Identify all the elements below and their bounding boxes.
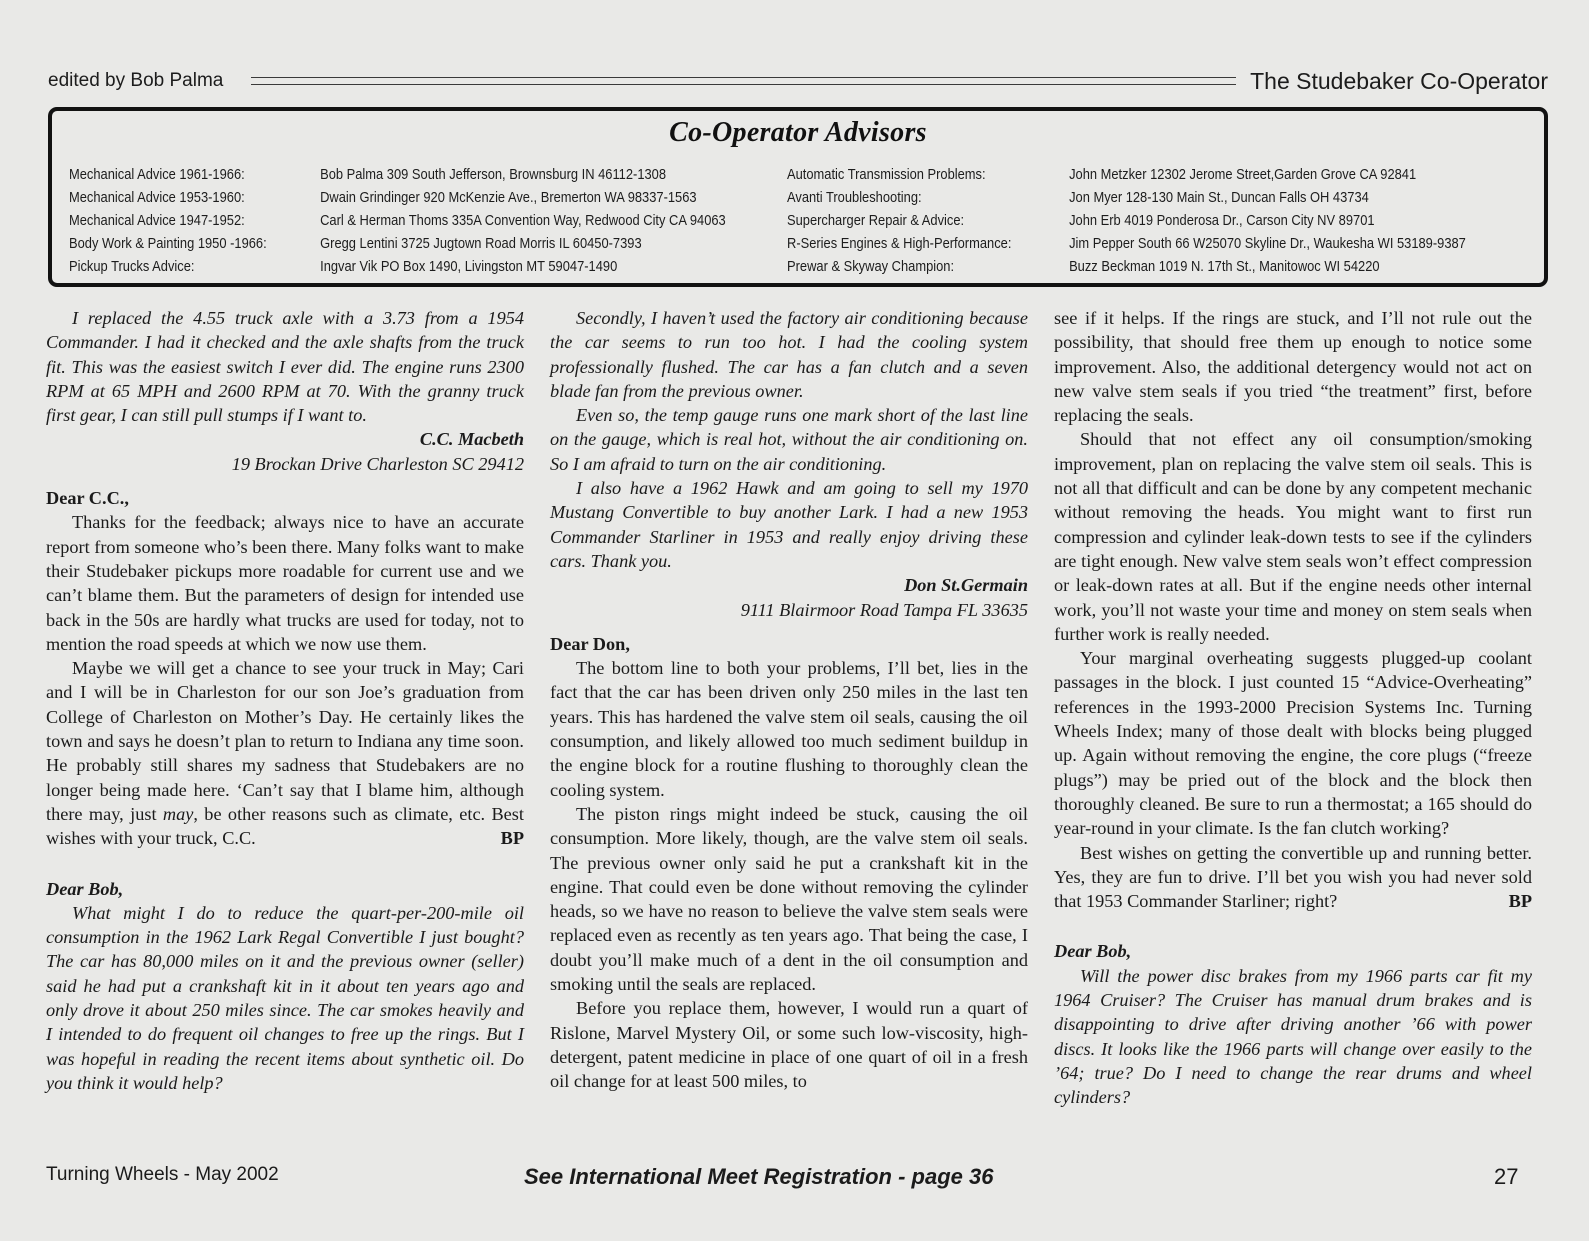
advisor-specialty: Avanti Troubleshooting:	[787, 186, 1069, 209]
header-double-rule	[251, 77, 1236, 85]
text-column-2: Secondly, I haven’t used the factory air…	[550, 306, 1028, 1094]
reader-letter-truck-axle: I replaced the 4.55 truck axle with a 3.…	[46, 306, 524, 427]
reply-paragraph: Thanks for the feedback; always nice to …	[46, 510, 524, 656]
advisor-contact: Buzz Beckman 1019 N. 17th St., Manitowoc…	[1069, 255, 1379, 278]
advisor-entry: Mechanical Advice 1953-1960:Dwain Grindi…	[69, 186, 726, 209]
advisor-specialty: Mechanical Advice 1953-1960:	[69, 186, 320, 209]
editor-initials: BP	[475, 826, 524, 850]
advisor-entry: Avanti Troubleshooting:Jon Myer 128-130 …	[787, 186, 1466, 209]
advisors-box: Co-Operator Advisors Mechanical Advice 1…	[48, 107, 1548, 287]
advisor-specialty: Mechanical Advice 1947-1952:	[69, 209, 320, 232]
advisor-entry: Prewar & Skyway Champion:Buzz Beckman 10…	[787, 255, 1466, 278]
reply-paragraph: The piston rings might indeed be stuck, …	[550, 802, 1028, 996]
advisors-list-right: Automatic Transmission Problems:John Met…	[787, 163, 1466, 278]
reader-letter-oil-consumption: What might I do to reduce the quart-per-…	[46, 901, 524, 1095]
advisor-contact: Bob Palma 309 South Jefferson, Brownsbur…	[320, 163, 666, 186]
letter-salutation: Dear Bob,	[1054, 939, 1532, 963]
advisor-entry: R-Series Engines & High-Performance:Jim …	[787, 232, 1466, 255]
advisor-specialty: Supercharger Repair & Advice:	[787, 209, 1069, 232]
letter-signature: Don St.Germain	[550, 573, 1028, 597]
editor-credit: edited by Bob Palma	[48, 70, 223, 92]
reply-paragraph: Maybe we will get a chance to see your t…	[46, 656, 524, 850]
emphasis: may	[163, 804, 193, 824]
text-column-1: I replaced the 4.55 truck axle with a 3.…	[46, 306, 524, 1095]
reader-letter-paragraph: Secondly, I haven’t used the factory air…	[550, 306, 1028, 403]
advisor-contact: John Metzker 12302 Jerome Street,Garden …	[1069, 163, 1416, 186]
advisors-title: Co-Operator Advisors	[52, 117, 1544, 149]
advisor-specialty: Automatic Transmission Problems:	[787, 163, 1069, 186]
advisors-list-left: Mechanical Advice 1961-1966:Bob Palma 30…	[69, 163, 726, 278]
reply-paragraph: The bottom line to both your problems, I…	[550, 656, 1028, 802]
column-title: The Studebaker Co-Operator	[1250, 68, 1548, 95]
advisor-contact: Dwain Grindinger 920 McKenzie Ave., Brem…	[320, 186, 696, 209]
advisor-specialty: Body Work & Painting 1950 -1966:	[69, 232, 320, 255]
advisor-entry: Mechanical Advice 1947-1952:Carl & Herma…	[69, 209, 726, 232]
reader-letter-disc-brakes: Will the power disc brakes from my 1966 …	[1054, 964, 1532, 1110]
reply-paragraph: Best wishes on getting the convertible u…	[1054, 841, 1532, 914]
editor-initials: BP	[1483, 889, 1532, 913]
spacer	[1054, 913, 1532, 929]
advisor-specialty: R-Series Engines & High-Performance:	[787, 232, 1069, 255]
advisor-contact: John Erb 4019 Ponderosa Dr., Carson City…	[1069, 209, 1374, 232]
publication-issue: Turning Wheels - May 2002	[46, 1164, 279, 1194]
advisor-specialty: Mechanical Advice 1961-1966:	[69, 163, 320, 186]
advisor-entry: Mechanical Advice 1961-1966:Bob Palma 30…	[69, 163, 726, 186]
advisor-contact: Jon Myer 128-130 Main St., Duncan Falls …	[1069, 186, 1369, 209]
text-column-3: see if it helps. If the rings are stuck,…	[1054, 306, 1532, 1110]
reply-paragraph: Your marginal overheating suggests plugg…	[1054, 646, 1532, 840]
letter-signature: C.C. Macbeth	[46, 427, 524, 451]
letter-address: 9111 Blairmoor Road Tampa FL 33635	[550, 598, 1028, 622]
advisor-entry: Supercharger Repair & Advice:John Erb 40…	[787, 209, 1466, 232]
advisor-contact: Gregg Lentini 3725 Jugtown Road Morris I…	[320, 232, 642, 255]
advisor-entry: Pickup Trucks Advice:Ingvar Vik PO Box 1…	[69, 255, 726, 278]
advisor-entry: Automatic Transmission Problems:John Met…	[787, 163, 1466, 186]
reader-letter-paragraph: Even so, the temp gauge runs one mark sh…	[550, 403, 1028, 476]
reply-salutation: Dear Don,	[550, 632, 1028, 656]
advisor-specialty: Pickup Trucks Advice:	[69, 255, 320, 278]
letter-salutation: Dear Bob,	[46, 877, 524, 901]
reply-salutation: Dear C.C.,	[46, 486, 524, 510]
cross-reference-notice: See International Meet Registration - pa…	[524, 1164, 993, 1194]
advisor-contact: Ingvar Vik PO Box 1490, Livingston MT 59…	[320, 255, 617, 278]
running-header: edited by Bob Palma The Studebaker Co-Op…	[48, 66, 1548, 96]
reply-paragraph: Should that not effect any oil consumpti…	[1054, 427, 1532, 646]
advisor-contact: Jim Pepper South 66 W25070 Skyline Dr., …	[1069, 232, 1466, 255]
reply-paragraph: Before you replace them, however, I woul…	[550, 996, 1028, 1093]
advisor-contact: Carl & Herman Thoms 335A Convention Way,…	[320, 209, 726, 232]
advisor-entry: Body Work & Painting 1950 -1966:Gregg Le…	[69, 232, 726, 255]
reply-paragraph-continued: see if it helps. If the rings are stuck,…	[1054, 306, 1532, 427]
letter-address: 19 Brockan Drive Charleston SC 29412	[46, 452, 524, 476]
page-number: 27	[1494, 1164, 1518, 1194]
spacer	[46, 851, 524, 867]
reader-letter-paragraph: I also have a 1962 Hawk and am going to …	[550, 476, 1028, 573]
advisor-specialty: Prewar & Skyway Champion:	[787, 255, 1069, 278]
magazine-page: edited by Bob Palma The Studebaker Co-Op…	[0, 0, 1589, 1241]
